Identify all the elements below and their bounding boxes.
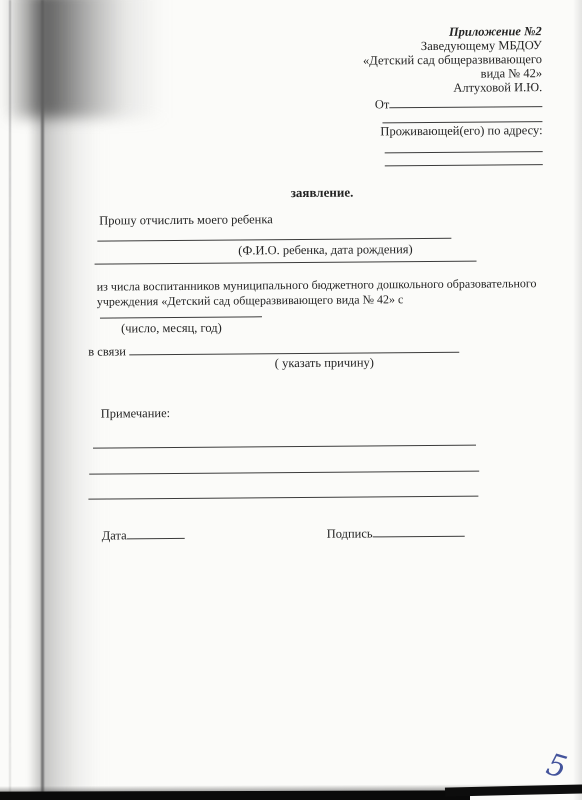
blank-line-from-2	[382, 110, 542, 123]
blank-line-address-2	[385, 153, 543, 166]
address-label: Проживающей(его) по адресу:	[284, 123, 542, 139]
date-row: Дата	[102, 527, 185, 543]
blank-line-note-2	[89, 471, 479, 475]
address-row-1	[285, 140, 543, 153]
signature-label: Подпись	[327, 526, 373, 540]
addressee-block: Приложение №2 Заведующему МБДОУ «Детский…	[284, 24, 543, 166]
blank-line-footer-signature	[373, 525, 465, 538]
reason-label: в связи	[88, 344, 126, 358]
scan-bottom-black-bar	[0, 790, 470, 800]
date-caption: (число, месяц, год)	[121, 321, 222, 336]
from-row-2	[284, 110, 542, 123]
document-content: Приложение №2 Заведующему МБДОУ «Детский…	[0, 0, 582, 800]
blank-line-reason	[129, 341, 459, 356]
body-paragraph: из числа воспитанников муниципального бю…	[97, 276, 559, 310]
document-title: заявление.	[63, 184, 581, 202]
address-row-2	[285, 153, 543, 166]
blank-line-footer-date	[127, 527, 185, 539]
blank-line-child-name	[97, 238, 451, 242]
blank-line-note-1	[93, 445, 476, 449]
from-label: От	[375, 97, 390, 111]
request-line: Прошу отчислить моего ребенка	[99, 212, 273, 227]
addressee-name: Алтуховой И.Ю.	[284, 80, 542, 96]
scanned-application-form: Приложение №2 Заведующему МБДОУ «Детский…	[0, 0, 582, 800]
note-label: Примечание:	[101, 406, 170, 421]
blank-line-address-1	[385, 140, 543, 153]
date-label: Дата	[102, 528, 127, 542]
signature-row: Подпись	[327, 525, 465, 541]
blank-line-date	[100, 316, 262, 318]
blank-line-child-name-2	[95, 261, 477, 265]
child-name-caption: (Ф.И.О. ребенка, дата рождения)	[145, 241, 505, 258]
blank-line-note-3	[88, 496, 478, 500]
reason-caption: ( указать причину)	[150, 354, 498, 371]
blank-line-from	[389, 95, 542, 108]
